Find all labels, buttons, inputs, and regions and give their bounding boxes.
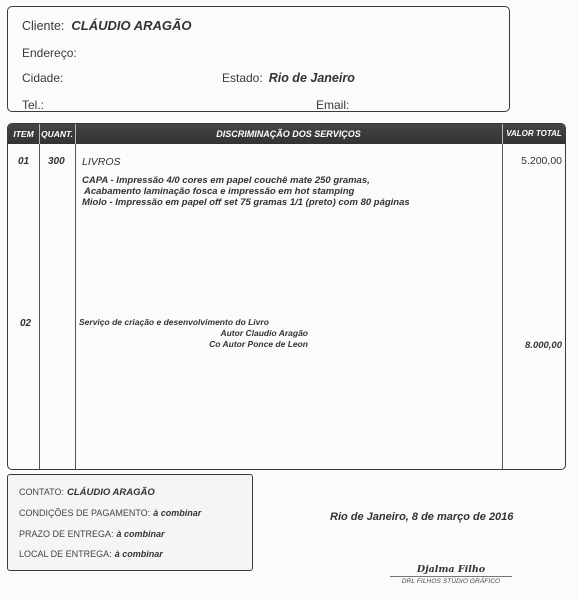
delivery-location-label: LOCAL DE ENTREGA: [19, 549, 112, 559]
row2-description-line: Autor Claudio Aragão [79, 328, 308, 339]
row2-description-line: Co Autor Ponce de Leon [79, 339, 308, 350]
delivery-location-field: LOCAL DE ENTREGA:à combinar [19, 549, 163, 559]
delivery-location-value: à combinar [115, 549, 163, 559]
row1-item-number: 01 [18, 156, 29, 167]
client-label: Cliente: [22, 19, 64, 33]
payment-terms-value: à combinar [153, 508, 201, 518]
delivery-time-label: PRAZO DE ENTREGA: [19, 529, 114, 539]
header-description: DISCRIMINAÇÃO DOS SERVIÇOS [75, 124, 502, 144]
email-field: Email: [316, 98, 355, 112]
header-divider [502, 124, 503, 144]
contact-value: CLÁUDIO ARAGÃO [67, 487, 155, 498]
row2-total-value: 8.000,00 [502, 340, 562, 351]
signature-company: DRL FILHOS STÚDIO GRÁFICO [390, 578, 512, 585]
email-label: Email: [316, 98, 349, 112]
payment-terms-label: CONDIÇÕES DE PAGAMENTO: [19, 508, 150, 518]
terms-box: CONTATO:CLÁUDIO ARAGÃO CONDIÇÕES DE PAGA… [7, 474, 253, 571]
row1-quantity: 300 [48, 156, 65, 167]
phone-field: Tel.: [22, 98, 50, 112]
state-label: Estado: [222, 71, 263, 85]
city-field: Cidade: [22, 71, 69, 85]
row1-description-line: CAPA - Impressão 4/0 cores em papel couc… [82, 175, 410, 186]
row2-description-line: Serviço de criação e desenvolvimento do … [79, 317, 308, 328]
row2-description: Serviço de criação e desenvolvimento do … [79, 317, 308, 350]
column-divider [75, 124, 76, 469]
client-field: Cliente:CLÁUDIO ARAGÃO [22, 18, 192, 33]
row1-description: CAPA - Impressão 4/0 cores em papel couc… [82, 175, 410, 208]
row1-description-line: Acabamento laminação fosca e impressão e… [82, 186, 410, 197]
table-header: ITEM QUANT. DISCRIMINAÇÃO DOS SERVIÇOS V… [8, 124, 565, 144]
column-divider [39, 124, 40, 469]
contact-label: CONTATO: [19, 487, 64, 497]
header-item: ITEM [8, 124, 39, 144]
delivery-time-field: PRAZO DE ENTREGA:à combinar [19, 529, 165, 539]
city-label: Cidade: [22, 71, 63, 85]
services-table: ITEM QUANT. DISCRIMINAÇÃO DOS SERVIÇOS V… [7, 123, 566, 470]
address-label: Endereço: [22, 46, 77, 60]
header-divider [39, 124, 40, 144]
delivery-time-value: à combinar [117, 529, 165, 539]
signature-block: Djalma Filho DRL FILHOS STÚDIO GRÁFICO [390, 564, 512, 585]
state-value: Rio de Janeiro [269, 71, 355, 85]
header-quantity: QUANT. [39, 124, 75, 144]
client-value: CLÁUDIO ARAGÃO [71, 18, 191, 33]
signature-name: Djalma Filho [390, 564, 512, 577]
row1-total-value: 5.200,00 [502, 155, 562, 167]
client-info-box: Cliente:CLÁUDIO ARAGÃO Endereço: Cidade:… [7, 6, 510, 112]
address-field: Endereço: [22, 46, 83, 60]
phone-label: Tel.: [22, 98, 44, 112]
state-field: Estado:Rio de Janeiro [222, 71, 355, 85]
date-location: Rio de Janeiro, 8 de março de 2016 [330, 511, 513, 523]
header-total-value: VALOR TOTAL [502, 124, 566, 144]
contact-field: CONTATO:CLÁUDIO ARAGÃO [19, 487, 155, 498]
column-divider [502, 124, 503, 469]
row2-item-number: 02 [20, 318, 31, 329]
row1-description-line: Miolo - Impressão em papel off set 75 gr… [82, 197, 410, 208]
header-divider [75, 124, 76, 144]
payment-terms-field: CONDIÇÕES DE PAGAMENTO:à combinar [19, 508, 201, 518]
row1-title: LIVROS [82, 156, 121, 168]
